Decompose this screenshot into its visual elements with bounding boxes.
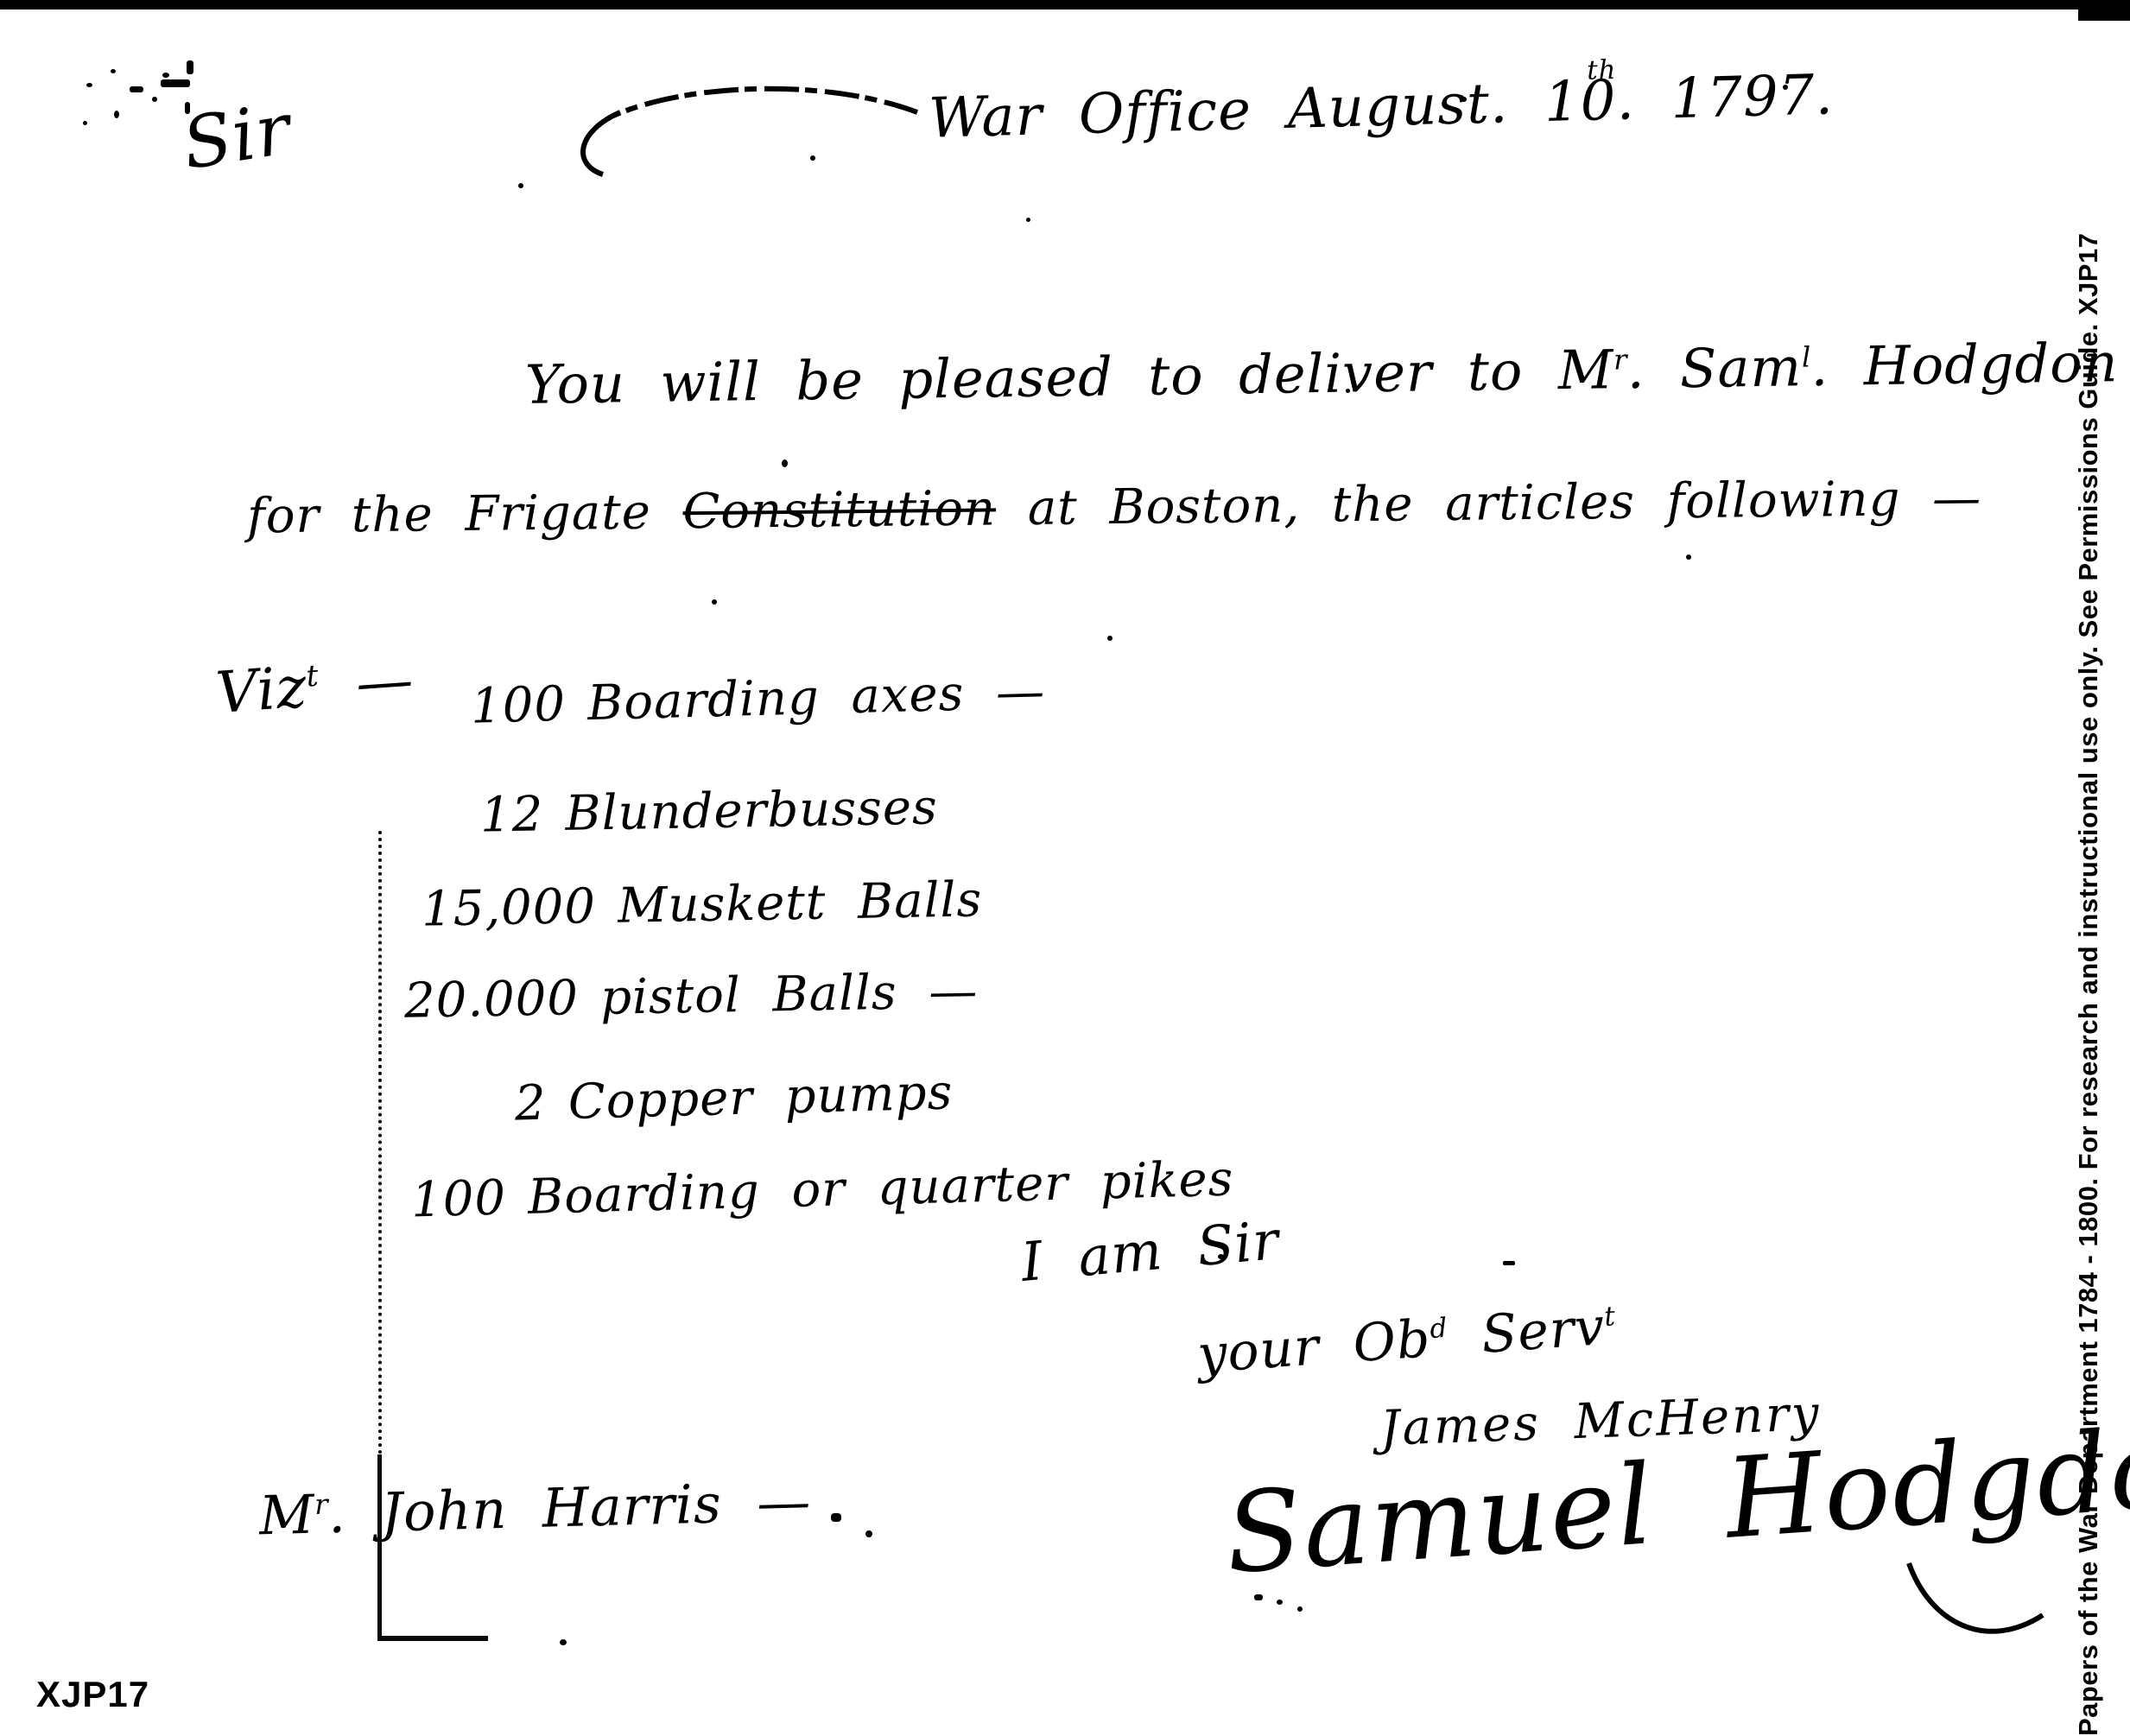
item-qty: 12 bbox=[479, 786, 543, 843]
dateline-place-month: War Office August. bbox=[928, 72, 1509, 151]
ink-speck bbox=[712, 599, 717, 605]
list-item: 20.000pistol Balls — bbox=[404, 967, 979, 1026]
pen-flourish bbox=[546, 67, 926, 188]
struck-word-constitution: Constitution bbox=[682, 480, 996, 540]
closing-i-am-sir: I am Sir bbox=[1019, 1213, 1282, 1289]
superscript-r: r bbox=[314, 1488, 328, 1521]
ink-speck bbox=[1503, 1261, 1515, 1265]
superscript-r: r bbox=[1613, 343, 1627, 376]
scanned-letter-page: War Office August. th 10. 1797. Sir You … bbox=[0, 0, 2130, 1736]
scan-edge-blob bbox=[2078, 0, 2130, 21]
page-code-label: XJP17 bbox=[36, 1674, 149, 1715]
ink-speck bbox=[831, 1513, 841, 1522]
list-item: 100Boarding axes — bbox=[470, 668, 1045, 731]
item-qty: 100 bbox=[410, 1170, 507, 1229]
viz-label: Vizt — bbox=[214, 651, 415, 722]
superscript-l: l bbox=[1802, 340, 1811, 373]
superscript-t: t bbox=[305, 659, 320, 694]
ink-speck bbox=[162, 73, 169, 78]
item-text: Boarding axes — bbox=[586, 663, 1046, 732]
item-text: Muskett Balls bbox=[618, 871, 983, 934]
ink-speck bbox=[86, 83, 92, 87]
dateline-day: th 10. bbox=[1544, 73, 1635, 130]
fold-line-foot bbox=[377, 1636, 488, 1641]
superscript-t: t bbox=[1603, 1301, 1616, 1333]
item-text: pistol Balls — bbox=[600, 963, 979, 1026]
ink-speck bbox=[1107, 636, 1113, 641]
item-qty: 2 bbox=[514, 1075, 547, 1132]
ink-speck bbox=[83, 121, 87, 125]
ink-speck bbox=[161, 79, 190, 87]
list-item: 12Blunderbusses bbox=[480, 783, 939, 839]
ink-speck bbox=[1026, 218, 1030, 222]
ink-speck bbox=[865, 1530, 872, 1537]
list-item: 15,000Muskett Balls bbox=[422, 876, 983, 934]
ink-speck bbox=[114, 111, 119, 118]
superscript-d: d bbox=[1429, 1313, 1448, 1345]
item-qty: 100 bbox=[470, 676, 567, 735]
ink-speck bbox=[518, 183, 523, 188]
ink-speck bbox=[187, 60, 193, 74]
salutation: Sir bbox=[178, 94, 295, 181]
list-item: 2Copper pumps bbox=[514, 1068, 954, 1128]
ink-speck bbox=[1277, 1600, 1283, 1605]
ink-speck bbox=[560, 1639, 567, 1645]
ink-speck bbox=[111, 69, 116, 73]
scan-edge-bar bbox=[0, 0, 2130, 10]
fold-line-solid bbox=[377, 1454, 382, 1641]
body-line-2: for the Frigate Constitution at Boston, … bbox=[247, 474, 1982, 541]
item-qty: 20.000 bbox=[403, 970, 579, 1030]
ink-speck bbox=[782, 459, 788, 467]
item-qty: 15,000 bbox=[421, 878, 596, 938]
ink-speck bbox=[130, 86, 143, 92]
ink-speck bbox=[1686, 554, 1691, 560]
body-line-1: You will be pleased to deliver to Mr. Sa… bbox=[525, 336, 2119, 412]
dateline: War Office August. th 10. 1797. bbox=[928, 67, 1834, 146]
dateline-year: 1797. bbox=[1670, 63, 1835, 131]
signature-tail-flourish bbox=[1883, 1555, 2073, 1667]
archive-watermark: Papers of the War Department 1784 - 1800… bbox=[2073, 181, 2104, 1736]
dateline-day-superscript: th bbox=[1587, 57, 1617, 85]
fold-line-dotted bbox=[378, 831, 382, 1454]
ink-speck bbox=[1297, 1606, 1303, 1612]
closing-your-obd-servt: your Obd Servt bbox=[1195, 1300, 1617, 1381]
list-item: 100Boarding or quarter pikes bbox=[410, 1156, 1234, 1226]
item-text: Boarding or quarter pikes bbox=[527, 1151, 1234, 1226]
item-text: Blunderbusses bbox=[565, 779, 938, 842]
addressee-line: Mr. John Harris — bbox=[258, 1475, 812, 1543]
item-text: Copper pumps bbox=[567, 1064, 954, 1131]
ink-speck bbox=[152, 97, 157, 102]
